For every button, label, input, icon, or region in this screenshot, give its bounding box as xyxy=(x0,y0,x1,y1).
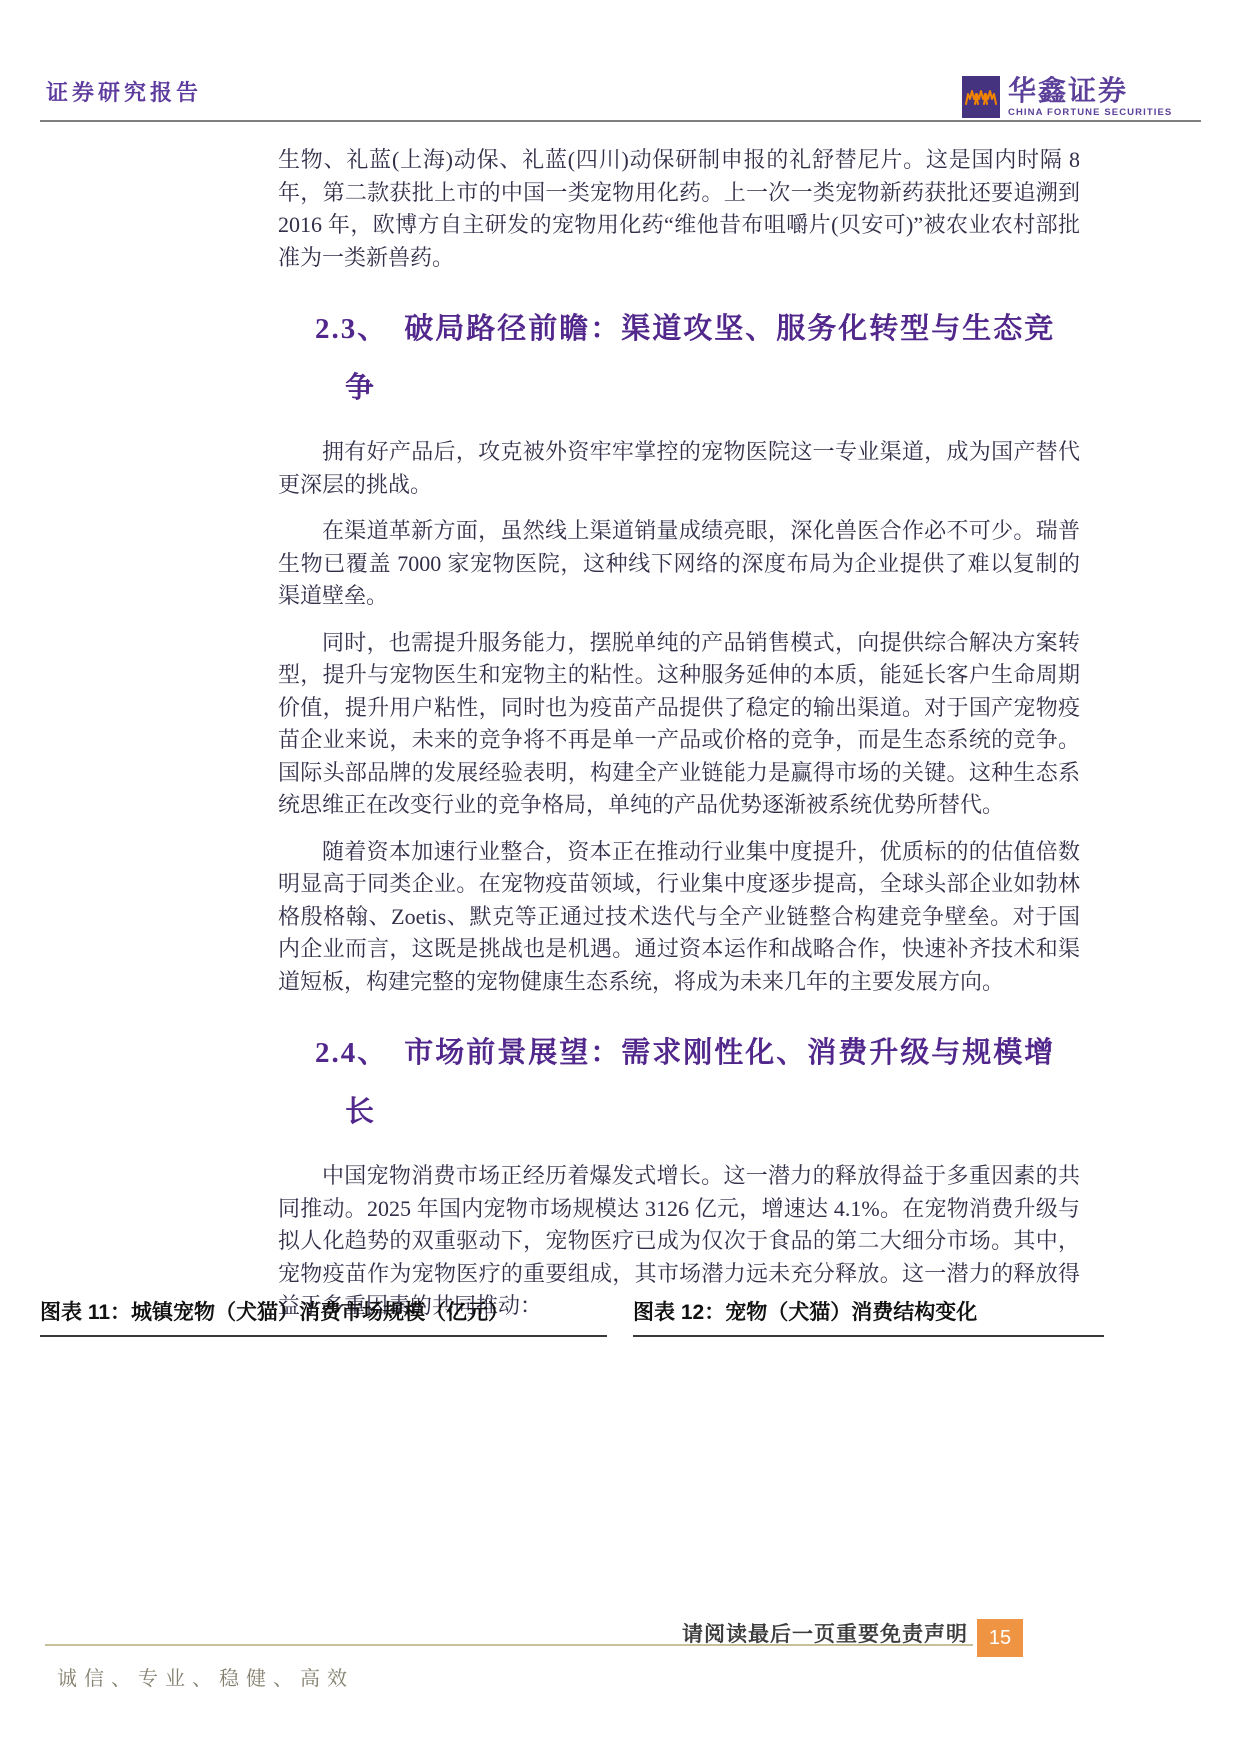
main-content: 生物、礼蓝(上海)动保、礼蓝(四川)动保研制申报的礼舒替尼片。这是国内时隔 8 … xyxy=(278,144,1080,1337)
brand-text: 华鑫证券 CHINA FORTUNE SECURITIES xyxy=(1008,76,1172,118)
brand-subtitle: CHINA FORTUNE SECURITIES xyxy=(1008,107,1172,118)
paragraph: 拥有好产品后，攻克被外资牢牢掌控的宠物医院这一专业渠道，成为国产替代更深层的挑战… xyxy=(278,436,1080,501)
brand-logo: 华鑫证券 CHINA FORTUNE SECURITIES xyxy=(962,76,1172,118)
figure-11-chart-area xyxy=(40,1337,607,1597)
section-number: 2.3、 xyxy=(315,313,388,345)
section-heading-2-4: 2.4、市场前景展望：需求刚性化、消费升级与规模增长 xyxy=(315,1024,1080,1142)
section-heading-2-3: 2.3、破局路径前瞻：渠道攻坚、服务化转型与生态竞争 xyxy=(315,300,1080,418)
figure-12-caption: 图表 12：宠物（犬猫）消费结构变化 xyxy=(633,1296,1104,1337)
section-title: 破局路径前瞻：渠道攻坚、服务化转型与生态竞争 xyxy=(345,313,1055,404)
report-type-label: 证券研究报告 xyxy=(46,76,202,107)
figure-11-caption: 图表 11：城镇宠物（犬猫）消费市场规模（亿元） xyxy=(40,1296,607,1337)
report-page: 证券研究报告 华鑫证券 CHINA FORTUNE SECURITIES 生物、… xyxy=(0,0,1241,1754)
section-title: 市场前景展望：需求刚性化、消费升级与规模增长 xyxy=(345,1037,1055,1128)
figure-12: 图表 12：宠物（犬猫）消费结构变化 xyxy=(633,1296,1104,1597)
paragraph: 在渠道革新方面，虽然线上渠道销量成绩亮眼，深化兽医合作必不可少。瑞普生物已覆盖 … xyxy=(278,515,1080,613)
page-number-badge: 15 xyxy=(977,1619,1023,1657)
paragraph: 随着资本加速行业整合，资本正在推动行业集中度提升，优质标的的估值倍数明显高于同类… xyxy=(278,836,1080,999)
figure-12-chart-area xyxy=(633,1337,1104,1597)
figure-11: 图表 11：城镇宠物（犬猫）消费市场规模（亿元） xyxy=(40,1296,607,1597)
brand-name: 华鑫证券 xyxy=(1008,76,1172,106)
company-motto: 诚信、专业、稳健、高效 xyxy=(57,1662,354,1691)
paragraph: 同时，也需提升服务能力，摆脱单纯的产品销售模式，向提供综合解决方案转型，提升与宠… xyxy=(278,627,1080,822)
section-number: 2.4、 xyxy=(315,1037,388,1069)
disclaimer-text: 请阅读最后一页重要免责声明 xyxy=(682,1618,968,1648)
paragraph-intro: 生物、礼蓝(上海)动保、礼蓝(四川)动保研制申报的礼舒替尼片。这是国内时隔 8 … xyxy=(278,144,1080,274)
brand-mark-icon xyxy=(962,76,1000,118)
header-rule xyxy=(40,120,1201,122)
figure-caption-row: 图表 11：城镇宠物（犬猫）消费市场规模（亿元） 图表 12：宠物（犬猫）消费结… xyxy=(40,1296,1201,1597)
